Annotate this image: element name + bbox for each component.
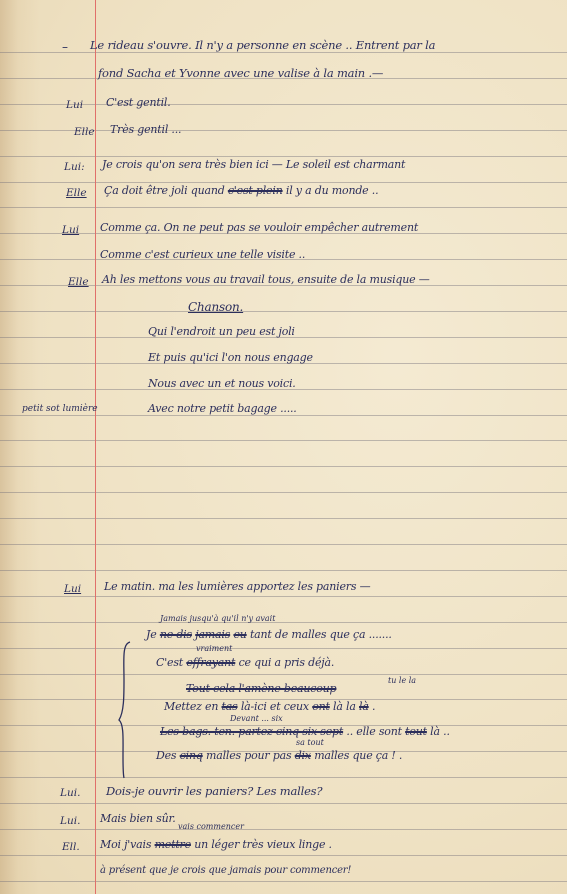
ruled-line <box>0 674 567 675</box>
ruled-line <box>0 311 567 312</box>
struck-text: Les bags. ten. partez cinq six sept <box>160 725 343 738</box>
speaker-label: Lui <box>64 582 81 596</box>
verse-line: Je ne dis jamais eu tant de malles que ç… <box>146 628 392 642</box>
text-segment: .. elle sont <box>346 725 401 738</box>
text-segment: ce qui a pris déjà. <box>239 656 335 669</box>
text-segment: un léger très vieux linge . <box>194 838 332 851</box>
ruled-line <box>0 596 567 597</box>
text-segment: malles pour pas <box>206 749 291 762</box>
ruled-line <box>0 855 567 856</box>
speaker-label: Lui <box>62 223 79 237</box>
verse-line: Des cinq malles pour pas dix malles que … <box>156 749 402 763</box>
text-segment: malles que ça ! . <box>314 749 402 762</box>
ruled-line <box>0 207 567 208</box>
text-segment: Moi j'vais <box>100 838 151 851</box>
speaker-label: Lui. <box>60 786 80 800</box>
dialogue-line: Je crois qu'on sera très bien ici — Le s… <box>102 158 405 172</box>
struck-text: tout <box>405 725 427 738</box>
ruled-line <box>0 648 567 649</box>
dash-mark: – <box>62 40 68 54</box>
speaker-label: Lui. <box>60 814 80 828</box>
text-segment: Des <box>156 749 176 762</box>
ruled-line <box>0 518 567 519</box>
speaker-label: Ell. <box>62 840 80 854</box>
ruled-line <box>0 881 567 882</box>
ruled-line <box>0 492 567 493</box>
interlinear-insertion: Devant ... six <box>230 714 283 724</box>
ruled-line <box>0 622 567 623</box>
ruled-line <box>0 803 567 804</box>
margin-note: petit sot lumière <box>22 402 98 416</box>
struck-text: là <box>359 700 369 713</box>
curly-brace-mark <box>118 640 132 780</box>
text-segment: Ça doit être joli quand <box>104 184 225 197</box>
dialogue-line: Moi j'vais mettre un léger très vieux li… <box>100 838 332 852</box>
struck-text: ont <box>312 700 330 713</box>
stage-direction-line-2: fond Sacha et Yvonne avec une valise à l… <box>98 66 383 80</box>
dialogue-line: C'est gentil. <box>106 96 171 110</box>
song-line: Avec notre petit bagage ..... <box>148 402 297 416</box>
dialogue-line: Dois-je ouvrir les paniers? Les malles? <box>106 784 322 798</box>
stage-direction-line-1: Le rideau s'ouvre. Il n'y a personne en … <box>90 38 435 52</box>
text-segment: là la <box>333 700 356 713</box>
text-segment: là-ici et ceux <box>241 700 309 713</box>
interlinear-insertion: tu le la <box>388 676 416 686</box>
text-segment: . <box>372 700 375 713</box>
dialogue-line: Comme c'est curieux une telle visite .. <box>100 248 305 262</box>
ruled-line <box>0 440 567 441</box>
speaker-label: Elle <box>74 125 95 139</box>
verse-line: Tout cela l'amène beaucoup <box>186 682 336 696</box>
ruled-line <box>0 156 567 157</box>
struck-text: mettre <box>155 838 191 851</box>
interlinear-insertion: vais commencer <box>178 822 244 832</box>
struck-text: eu <box>233 628 246 641</box>
ruled-line <box>0 104 567 105</box>
ruled-line <box>0 777 567 778</box>
ruled-line <box>0 829 567 830</box>
struck-text: cinq <box>180 749 203 762</box>
speaker-label: Lui <box>66 98 83 112</box>
interlinear-insertion: Jamais jusqu'à qu'il n'y avait <box>160 614 275 624</box>
song-title: Chanson. <box>188 300 243 314</box>
speaker-label: Lui: <box>64 160 85 174</box>
dialogue-line: Très gentil ... <box>110 123 181 137</box>
struck-text: effrayant <box>186 656 235 669</box>
interlinear-insertion: sa tout <box>296 738 324 748</box>
text-segment: Mettez en <box>164 700 218 713</box>
song-line: Et puis qu'ici l'on nous engage <box>148 351 313 365</box>
ruled-line <box>0 182 567 183</box>
ruled-line <box>0 52 567 53</box>
margin-line <box>95 0 96 894</box>
text-segment: tant de malles que ça ....... <box>250 628 392 641</box>
struck-text: tas <box>222 700 238 713</box>
verse-line: Les bags. ten. partez cinq six sept .. e… <box>160 725 450 739</box>
interlinear-insertion: vraiment <box>196 644 232 654</box>
dialogue-line: Mais bien sûr. <box>100 812 176 826</box>
ruled-line <box>0 570 567 571</box>
text-segment: il y a du monde .. <box>286 184 379 197</box>
speaker-label: Elle <box>68 275 89 289</box>
struck-text: c'est plein <box>228 184 283 197</box>
dialogue-line: à présent que je crois que jamais pour c… <box>100 864 351 878</box>
dialogue-line: Ça doit être joli quand c'est plein il y… <box>104 184 378 198</box>
dialogue-line: Le matin. ma les lumières apportez les p… <box>104 580 370 594</box>
struck-text: ne dis <box>160 628 192 641</box>
ruled-line <box>0 466 567 467</box>
text-segment: là .. <box>430 725 450 738</box>
speaker-label: Elle <box>66 186 87 200</box>
ruled-line <box>0 544 567 545</box>
text-segment: Je <box>146 628 157 641</box>
struck-text: Tout cela l'amène beaucoup <box>186 682 336 695</box>
struck-text: dix <box>295 749 311 762</box>
song-line: Nous avec un et nous voici. <box>148 377 296 391</box>
verse-line: C'est effrayant ce qui a pris déjà. <box>156 656 334 670</box>
song-line: Qui l'endroit un peu est joli <box>148 325 295 339</box>
struck-text: jamais <box>195 628 230 641</box>
manuscript-page: – Le rideau s'ouvre. Il n'y a personne e… <box>0 0 567 894</box>
dialogue-line: Ah les mettons vous au travail tous, ens… <box>102 273 430 287</box>
verse-line: Mettez en tas là-ici et ceux ont là la l… <box>164 700 375 714</box>
text-segment: C'est <box>156 656 183 669</box>
dialogue-line: Comme ça. On ne peut pas se vouloir empê… <box>100 221 418 235</box>
